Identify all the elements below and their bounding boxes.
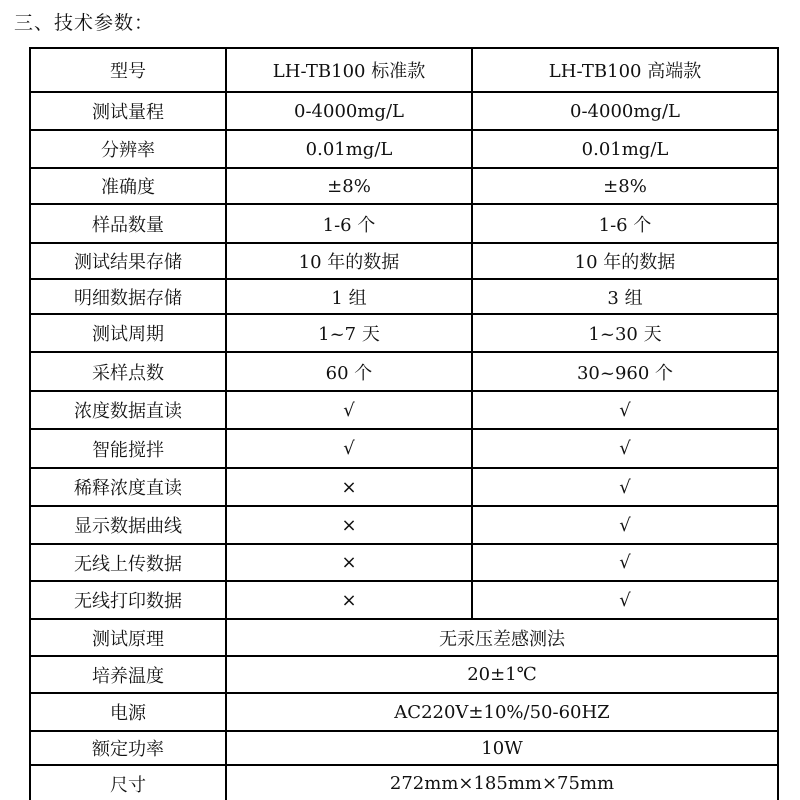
- shared-value: 无汞压差感测法: [226, 619, 778, 656]
- header-model-label: 型号: [30, 48, 226, 92]
- section-title: 三、技术参数：: [14, 10, 154, 36]
- standard-value: 10 年的数据: [226, 243, 472, 279]
- check-icon: √: [472, 391, 778, 429]
- table-row: 分辨率0.01mg/L0.01mg/L: [30, 130, 778, 168]
- header-standard-model: LH-TB100 标准款: [226, 48, 472, 92]
- spec-table: 型号 LH-TB100 标准款 LH-TB100 高端款 测试量程0-4000m…: [29, 47, 779, 800]
- shared-value: 20±1℃: [226, 656, 778, 693]
- table-row: 浓度数据直读√√: [30, 391, 778, 429]
- premium-value: 10 年的数据: [472, 243, 778, 279]
- table-row-merged: 额定功率10W: [30, 731, 778, 765]
- row-label: 样品数量: [30, 204, 226, 243]
- check-icon: √: [472, 429, 778, 468]
- row-label: 电源: [30, 693, 226, 731]
- table-row: 智能搅拌√√: [30, 429, 778, 468]
- row-label: 测试量程: [30, 92, 226, 130]
- premium-value: 1~30 天: [472, 314, 778, 352]
- table-row: 显示数据曲线×√: [30, 506, 778, 544]
- table-row: 测试周期1~7 天1~30 天: [30, 314, 778, 352]
- table-row: 无线上传数据×√: [30, 544, 778, 581]
- table-row-merged: 电源AC220V±10%/50-60HZ: [30, 693, 778, 731]
- premium-value: 3 组: [472, 279, 778, 314]
- standard-value: 1-6 个: [226, 204, 472, 243]
- premium-value: 0-4000mg/L: [472, 92, 778, 130]
- row-label: 额定功率: [30, 731, 226, 765]
- row-label: 无线上传数据: [30, 544, 226, 581]
- shared-value: AC220V±10%/50-60HZ: [226, 693, 778, 731]
- shared-value: 272mm×185mm×75mm: [226, 765, 778, 800]
- row-label: 准确度: [30, 168, 226, 204]
- row-label: 稀释浓度直读: [30, 468, 226, 506]
- premium-value: 0.01mg/L: [472, 130, 778, 168]
- row-label: 显示数据曲线: [30, 506, 226, 544]
- table-header-row: 型号 LH-TB100 标准款 LH-TB100 高端款: [30, 48, 778, 92]
- row-label: 测试周期: [30, 314, 226, 352]
- cross-icon: ×: [226, 506, 472, 544]
- check-icon: √: [226, 391, 472, 429]
- premium-value: ±8%: [472, 168, 778, 204]
- table-row: 稀释浓度直读×√: [30, 468, 778, 506]
- standard-value: 0.01mg/L: [226, 130, 472, 168]
- row-label: 智能搅拌: [30, 429, 226, 468]
- standard-value: 1~7 天: [226, 314, 472, 352]
- table-row-merged: 测试原理无汞压差感测法: [30, 619, 778, 656]
- row-label: 分辨率: [30, 130, 226, 168]
- standard-value: 0-4000mg/L: [226, 92, 472, 130]
- table-row: 测试量程0-4000mg/L0-4000mg/L: [30, 92, 778, 130]
- standard-value: ±8%: [226, 168, 472, 204]
- cross-icon: ×: [226, 544, 472, 581]
- row-label: 尺寸: [30, 765, 226, 800]
- premium-value: 30~960 个: [472, 352, 778, 391]
- header-premium-model: LH-TB100 高端款: [472, 48, 778, 92]
- table-row: 测试结果存储10 年的数据10 年的数据: [30, 243, 778, 279]
- check-icon: √: [472, 506, 778, 544]
- cross-icon: ×: [226, 581, 472, 619]
- table-row-merged: 尺寸272mm×185mm×75mm: [30, 765, 778, 800]
- row-label: 测试原理: [30, 619, 226, 656]
- check-icon: √: [226, 429, 472, 468]
- check-icon: √: [472, 468, 778, 506]
- table-row-merged: 培养温度20±1℃: [30, 656, 778, 693]
- row-label: 浓度数据直读: [30, 391, 226, 429]
- standard-value: 1 组: [226, 279, 472, 314]
- row-label: 培养温度: [30, 656, 226, 693]
- row-label: 明细数据存储: [30, 279, 226, 314]
- row-label: 无线打印数据: [30, 581, 226, 619]
- table-row: 样品数量1-6 个1-6 个: [30, 204, 778, 243]
- check-icon: √: [472, 581, 778, 619]
- premium-value: 1-6 个: [472, 204, 778, 243]
- cross-icon: ×: [226, 468, 472, 506]
- table-row: 采样点数60 个30~960 个: [30, 352, 778, 391]
- standard-value: 60 个: [226, 352, 472, 391]
- table-row: 无线打印数据×√: [30, 581, 778, 619]
- check-icon: √: [472, 544, 778, 581]
- row-label: 测试结果存储: [30, 243, 226, 279]
- table-row: 准确度±8%±8%: [30, 168, 778, 204]
- table-row: 明细数据存储1 组3 组: [30, 279, 778, 314]
- row-label: 采样点数: [30, 352, 226, 391]
- shared-value: 10W: [226, 731, 778, 765]
